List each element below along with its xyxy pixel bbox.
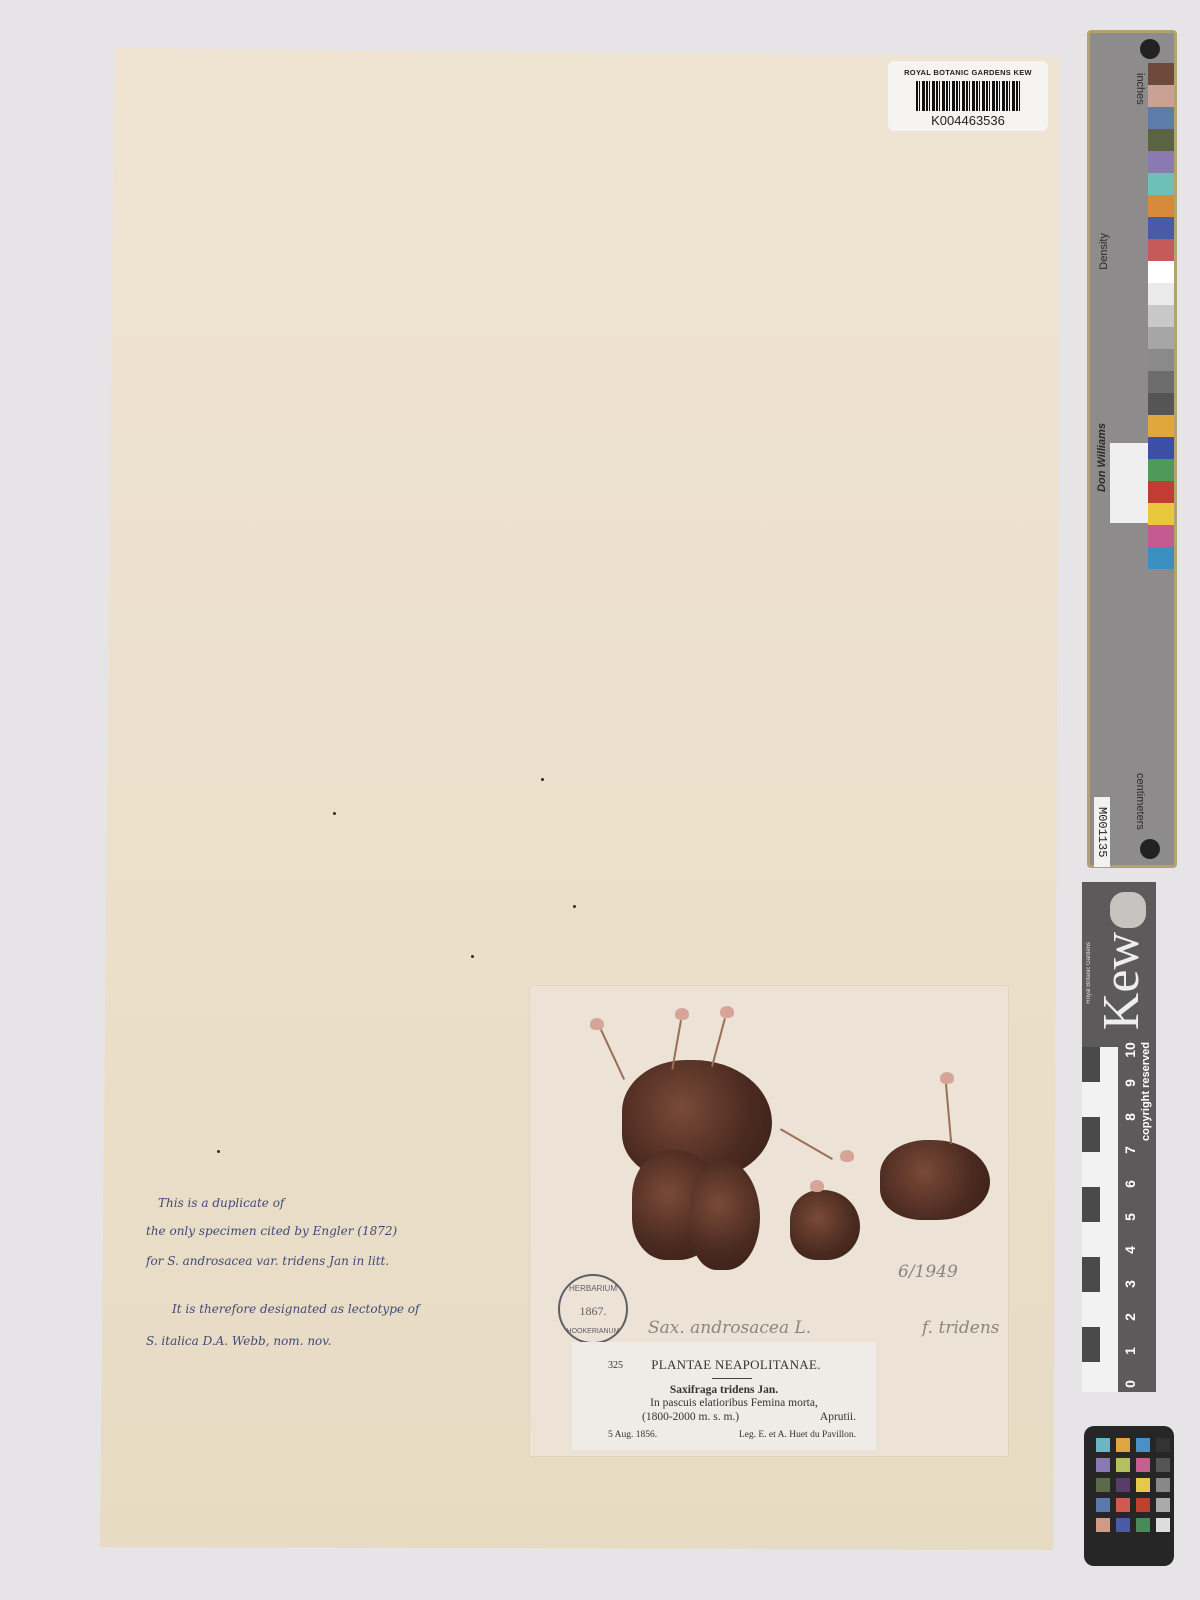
collectors: Leg. E. et A. Huet du Pavillon. [739, 1430, 856, 1440]
label-title: PLANTAE NEAPOLITANAE. [572, 1357, 876, 1373]
note-line: the only specimen cited by Engler (1872) [146, 1224, 397, 1238]
scale-number: 9 [1122, 1079, 1138, 1087]
color-swatch [1148, 85, 1174, 107]
scale-number: 3 [1122, 1280, 1138, 1288]
scale-number: 8 [1122, 1113, 1138, 1121]
altitude: (1800-2000 m. s. m.) [642, 1411, 739, 1423]
brand-label: Don Williams [1096, 423, 1108, 492]
collection-date: 5 Aug. 1856. [608, 1430, 657, 1440]
kew-scale-bar: Royal Botanic Gardens Kew 012345678910 c… [1082, 882, 1156, 1392]
barcode [916, 81, 1020, 111]
ruler-center-graphic [1110, 443, 1148, 523]
color-swatch [1148, 195, 1174, 217]
color-swatch [1148, 173, 1174, 195]
scale-number: 5 [1122, 1213, 1138, 1221]
color-swatch [1148, 525, 1174, 547]
color-swatch [1148, 305, 1174, 327]
label-divider [712, 1378, 752, 1379]
scale-numbers: 012345678910 [1120, 1042, 1140, 1392]
color-swatch [1148, 327, 1174, 349]
color-swatch [1148, 547, 1174, 569]
registration-dot [1140, 839, 1160, 859]
color-patch [1136, 1438, 1150, 1452]
locality: In pascuis elatioribus Femina morta, [572, 1397, 876, 1409]
color-patch [1096, 1438, 1110, 1452]
color-patch [1096, 1498, 1110, 1512]
scale-number: 1 [1122, 1347, 1138, 1355]
institution-name: ROYAL BOTANIC GARDENS KEW [888, 68, 1048, 77]
scale-number: 7 [1122, 1146, 1138, 1154]
color-swatch [1148, 371, 1174, 393]
collection-label: 325 PLANTAE NEAPOLITANAE. Saxifraga trid… [572, 1342, 876, 1450]
color-patch [1096, 1478, 1110, 1492]
color-swatch [1148, 107, 1174, 129]
color-swatch [1148, 349, 1174, 371]
color-swatches [1148, 63, 1174, 569]
color-patch [1156, 1438, 1170, 1452]
species-name: Saxifraga tridens Jan. [572, 1384, 876, 1396]
color-swatch [1148, 415, 1174, 437]
color-patch [1156, 1498, 1170, 1512]
scale-number: 10 [1122, 1042, 1138, 1058]
color-swatch [1148, 503, 1174, 525]
pencil-variety: f. tridens [922, 1318, 1000, 1338]
color-swatch [1148, 261, 1174, 283]
color-patch [1136, 1478, 1150, 1492]
color-swatch [1148, 239, 1174, 261]
color-patch [1136, 1518, 1150, 1532]
color-swatch [1148, 129, 1174, 151]
scale-number: 2 [1122, 1313, 1138, 1321]
color-patch [1116, 1458, 1130, 1472]
color-patch [1116, 1518, 1130, 1532]
unit-label: centimeters [1134, 773, 1146, 830]
color-calibration-ruler: inches Density Don Williams centimeters … [1087, 30, 1177, 868]
scale-number: 4 [1122, 1246, 1138, 1254]
pencil-determination: Sax. androsacea L. [648, 1318, 811, 1338]
ruler-top-label: inches [1134, 73, 1146, 105]
note-line: for S. androsacea var. tridens Jan in li… [146, 1254, 389, 1268]
color-checker-card [1084, 1426, 1174, 1566]
color-swatch [1148, 63, 1174, 85]
color-swatch [1148, 437, 1174, 459]
cm-scale [1082, 1047, 1118, 1392]
color-patch [1136, 1458, 1150, 1472]
region: Aprutii. [820, 1411, 856, 1423]
note-line: S. italica D.A. Webb, nom. nov. [146, 1334, 331, 1348]
color-swatch [1148, 481, 1174, 503]
color-patch [1096, 1458, 1110, 1472]
color-patch [1156, 1518, 1170, 1532]
herbarium-stamp: HERBARIUM 1867. HOOKERIANUM [558, 1274, 628, 1344]
crest-icon [1110, 892, 1146, 928]
kew-logo: Kew [1092, 932, 1151, 1030]
copyright-text: copyright reserved [1140, 1042, 1152, 1141]
color-patch [1116, 1498, 1130, 1512]
color-swatch [1148, 217, 1174, 239]
color-patch [1156, 1458, 1170, 1472]
density-label: Density [1098, 233, 1110, 270]
barcode-number: K004463536 [888, 113, 1048, 128]
scale-number: 0 [1122, 1380, 1138, 1388]
ruler-tag: M001135 [1094, 797, 1110, 867]
color-swatch [1148, 393, 1174, 415]
scale-number: 6 [1122, 1180, 1138, 1188]
color-swatch [1148, 283, 1174, 305]
registration-dot [1140, 39, 1160, 59]
color-patch [1156, 1478, 1170, 1492]
color-patch [1116, 1438, 1130, 1452]
barcode-label: ROYAL BOTANIC GARDENS KEW K004463536 [888, 61, 1048, 131]
color-swatch [1148, 459, 1174, 481]
note-line: It is therefore designated as lectotype … [172, 1302, 419, 1316]
pencil-date: 6/1949 [898, 1262, 958, 1282]
color-patch [1136, 1498, 1150, 1512]
color-patch [1116, 1478, 1130, 1492]
color-patch [1096, 1518, 1110, 1532]
note-line: This is a duplicate of [158, 1196, 284, 1210]
color-swatch [1148, 151, 1174, 173]
